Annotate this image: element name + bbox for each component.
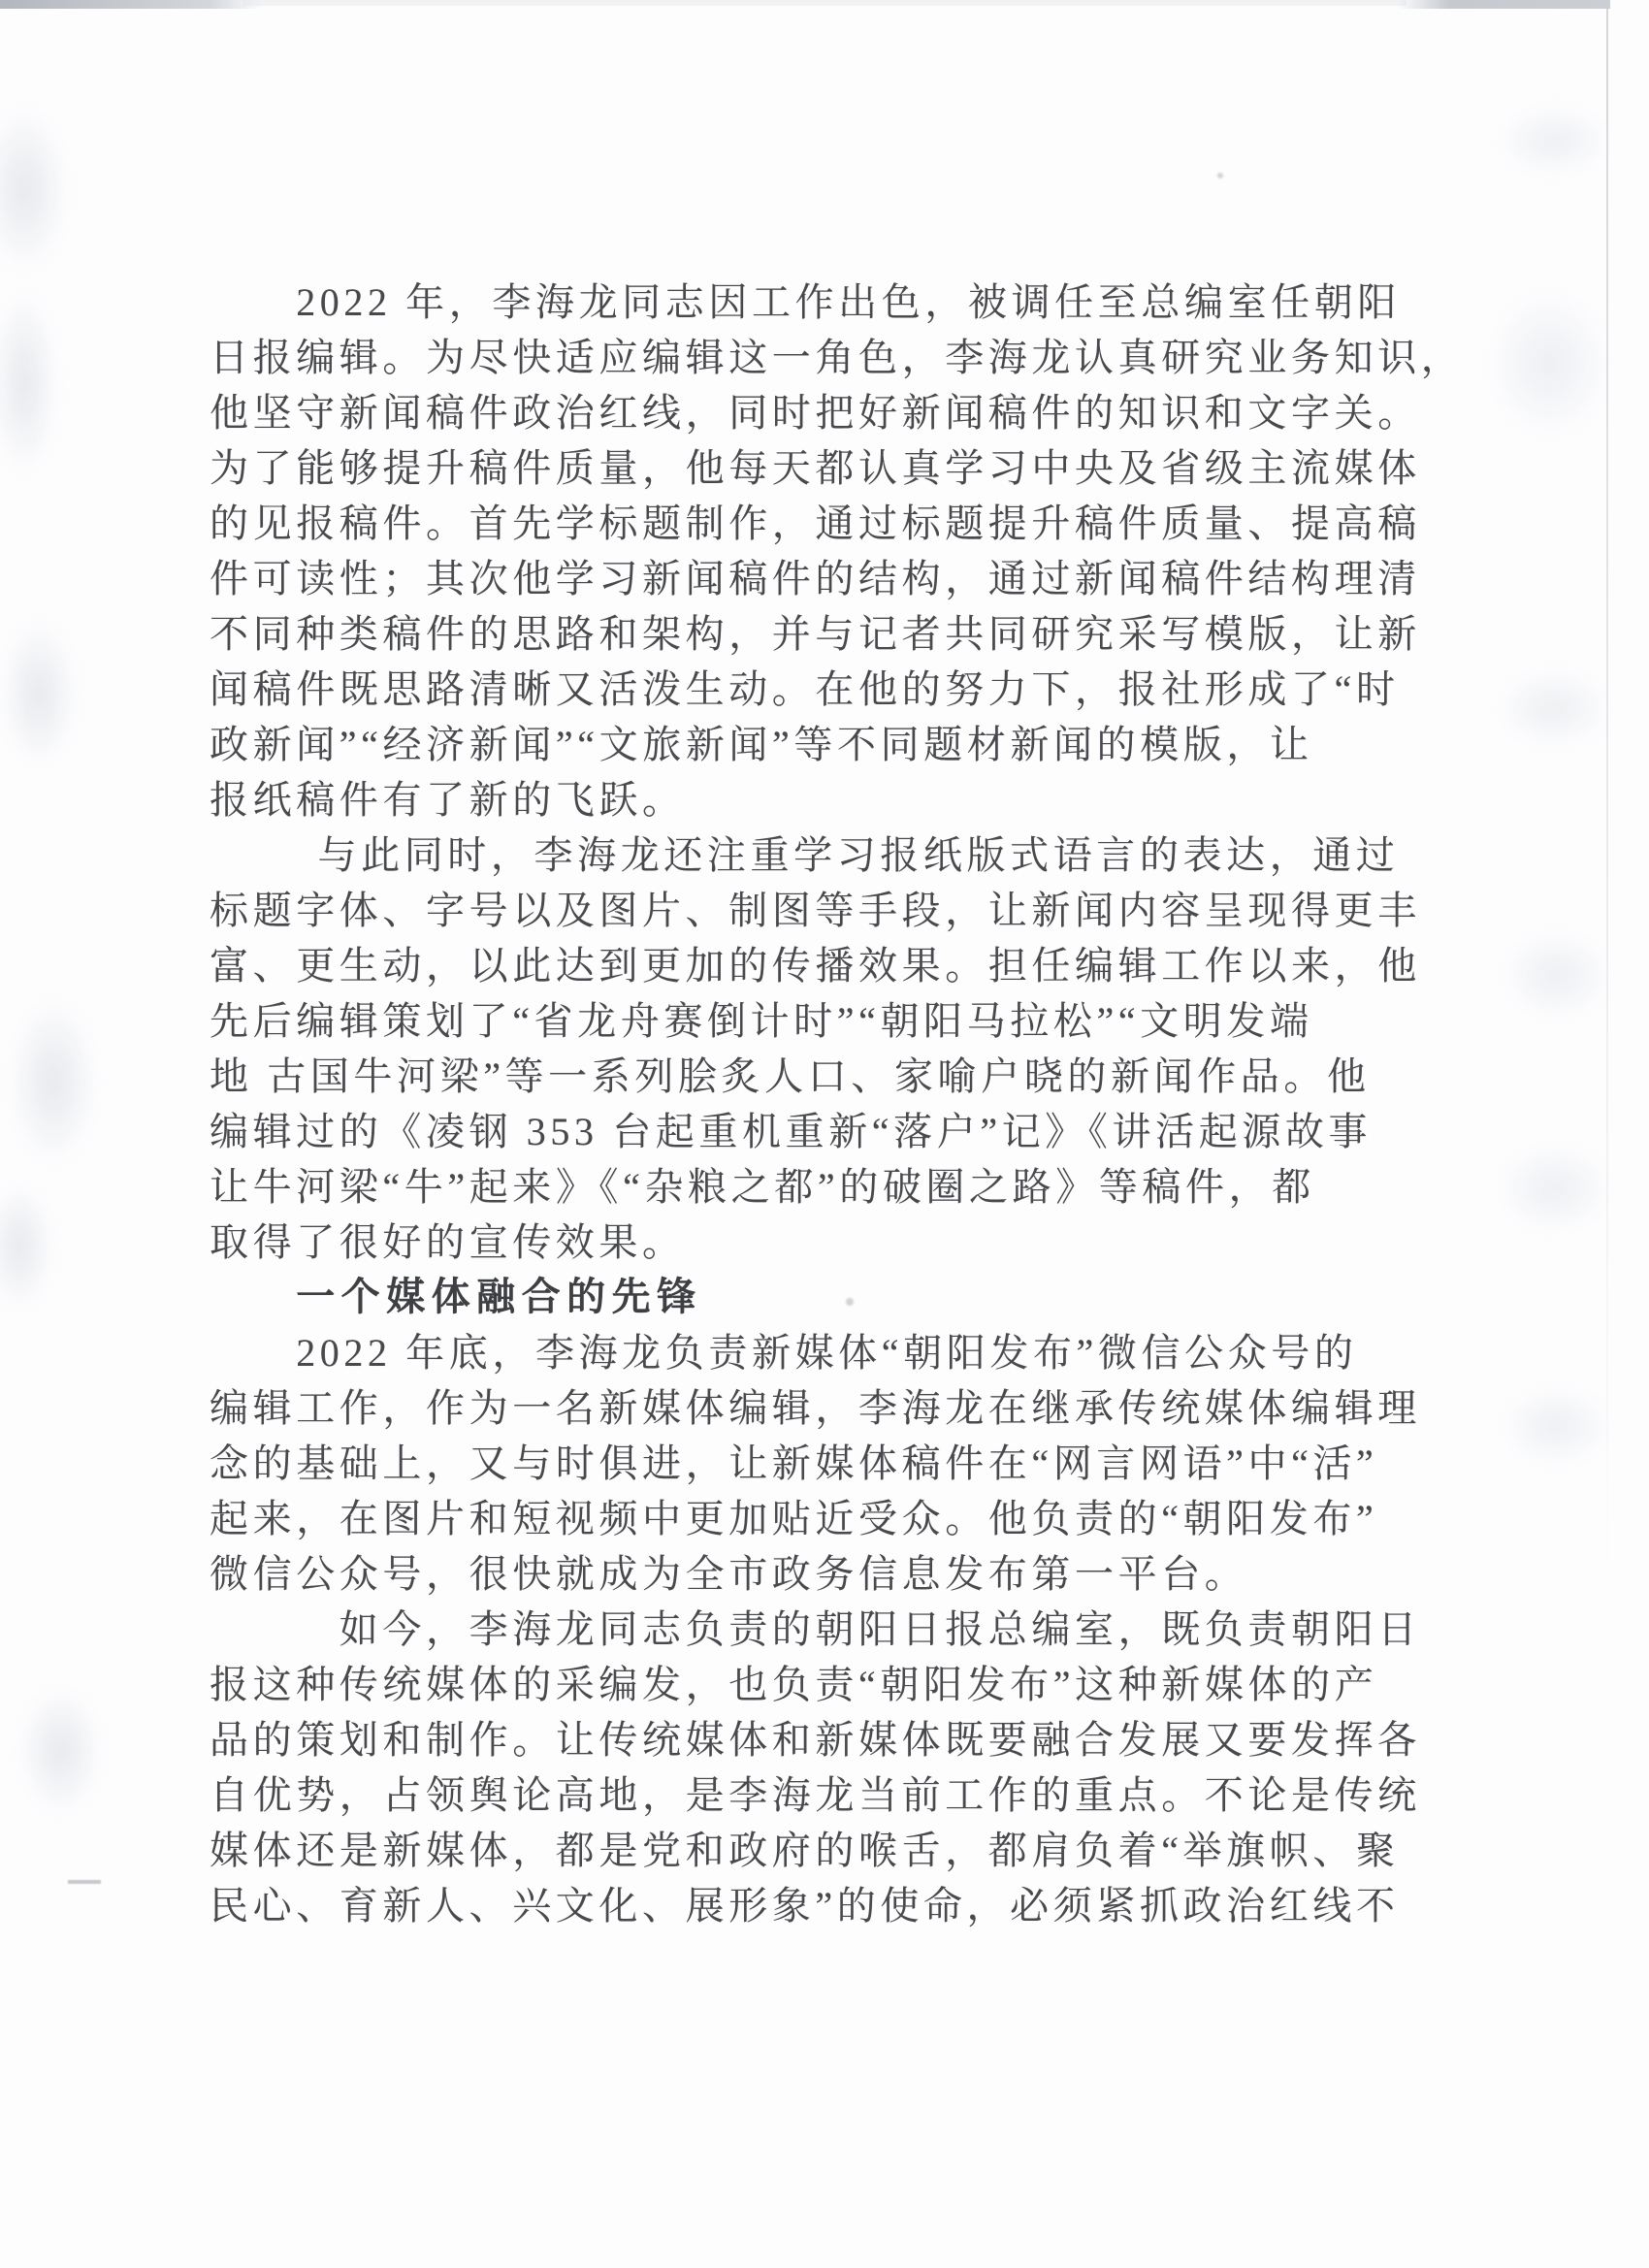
- scan-smudge-artifact: [1499, 107, 1610, 175]
- scan-fold-line-artifact: [1606, 6, 1608, 1577]
- text-line: 闻稿件既思路清晰又活泼生动。在他的努力下，报社形成了“时: [210, 662, 1441, 717]
- scanned-document-page: 2022 年，李海龙同志因工作出色，被调任至总编室任朝阳日报编辑。为尽快适应编辑…: [0, 0, 1649, 2268]
- text-line: 2022 年，李海龙同志因工作出色，被调任至总编室任朝阳: [210, 275, 1441, 330]
- scan-smudge-artifact: [1489, 291, 1610, 437]
- scan-smudge-artifact: [1503, 1387, 1610, 1465]
- scan-smudge-artifact: [0, 291, 58, 475]
- text-line: 媒体还是新媒体，都是党和政府的喉舌，都肩负着“举旗帜、聚: [210, 1823, 1441, 1878]
- section-heading: 一个媒体融合的先锋: [210, 1270, 1441, 1325]
- scan-smudge-artifact: [10, 999, 97, 1164]
- text-line: 编辑过的《凌钢 353 台起重机重新“落户”记》《讲活起源故事: [210, 1104, 1441, 1159]
- text-line: 富、更生动，以此达到更加的传播效果。担任编辑工作以来，他: [210, 938, 1441, 993]
- text-line: 微信公众号，很快就成为全市政务信息发布第一平台。: [210, 1546, 1441, 1602]
- text-line: 政新闻”“经济新闻”“文旅新闻”等不同题材新闻的模版，让: [210, 717, 1441, 772]
- text-line: 取得了很好的宣传效果。: [210, 1215, 1441, 1270]
- scan-smudge-artifact: [1503, 931, 1610, 1019]
- scan-smudge-artifact: [1499, 1145, 1610, 1232]
- text-line: 日报编辑。为尽快适应编辑这一角色，李海龙认真研究业务知识，: [210, 330, 1441, 385]
- text-line: 为了能够提升稿件质量，他每天都认真学习中央及省级主流媒体: [210, 440, 1441, 496]
- scan-speck-artifact: [1217, 173, 1223, 178]
- text-line: 品的策划和制作。让传统媒体和新媒体既要融合发展又要发挥各: [210, 1712, 1441, 1767]
- text-line: 起来，在图片和短视频中更加贴近受众。他负责的“朝阳发布”: [210, 1491, 1441, 1546]
- scan-smudge-artifact: [0, 621, 78, 766]
- text-line: 民心、育新人、兴文化、展形象”的使命，必须紧抓政治红线不: [210, 1878, 1441, 1933]
- text-line: 报纸稿件有了新的飞跃。: [210, 772, 1441, 827]
- text-line: 不同种类稿件的思路和架构，并与记者共同研究采写模版，让新: [210, 606, 1441, 662]
- scan-top-edge-artifact: [1397, 0, 1610, 9]
- text-line: 2022 年底，李海龙负责新媒体“朝阳发布”微信公众号的: [210, 1325, 1441, 1380]
- text-line: 先后编辑策划了“省龙舟赛倒计时”“朝阳马拉松”“文明发端: [210, 993, 1441, 1049]
- text-line: 编辑工作，作为一名新媒体编辑，李海龙在继承传统媒体编辑理: [210, 1380, 1441, 1436]
- text-line: 的见报稿件。首先学标题制作，通过标题提升稿件质量、提高稿: [210, 496, 1441, 551]
- text-line: 件可读性；其次他学习新闻稿件的结构，通过新闻稿件结构理清: [210, 551, 1441, 606]
- text-line: 标题字体、字号以及图片、制图等手段，让新闻内容呈现得更丰: [210, 883, 1441, 938]
- text-line: 与此同时，李海龙还注重学习报纸版式语言的表达，通过: [210, 827, 1441, 883]
- scan-smudge-artifact: [1499, 669, 1610, 747]
- text-line: 如今，李海龙同志负责的朝阳日报总编室，既负责朝阳日: [210, 1602, 1441, 1657]
- scan-smudge-artifact: [19, 1688, 102, 1814]
- text-line: 他坚守新闻稿件政治红线，同时把好新闻稿件的知识和文字关。: [210, 385, 1441, 440]
- scan-top-edge-artifact: [0, 0, 262, 9]
- text-line: 念的基础上，又与时俱进，让新媒体稿件在“网言网语”中“活”: [210, 1436, 1441, 1491]
- text-line: 自优势，占领舆论高地，是李海龙当前工作的重点。不论是传统: [210, 1767, 1441, 1823]
- document-text-block: 2022 年，李海龙同志因工作出色，被调任至总编室任朝阳日报编辑。为尽快适应编辑…: [210, 275, 1441, 1933]
- scan-smudge-artifact: [0, 1183, 53, 1310]
- text-line: 报这种传统媒体的采编发，也负责“朝阳发布”这种新媒体的产: [210, 1657, 1441, 1712]
- scan-smudge-artifact: [0, 107, 68, 272]
- scan-mark-artifact: [68, 1880, 101, 1884]
- text-line: 地 古国牛河梁”等一系列脍炙人口、家喻户晓的新闻作品。他: [210, 1049, 1441, 1104]
- scan-top-edge-artifact: [242, 0, 1406, 6]
- text-line: 让牛河梁“牛”起来》《“杂粮之都”的破圈之路》等稿件，都: [210, 1159, 1441, 1215]
